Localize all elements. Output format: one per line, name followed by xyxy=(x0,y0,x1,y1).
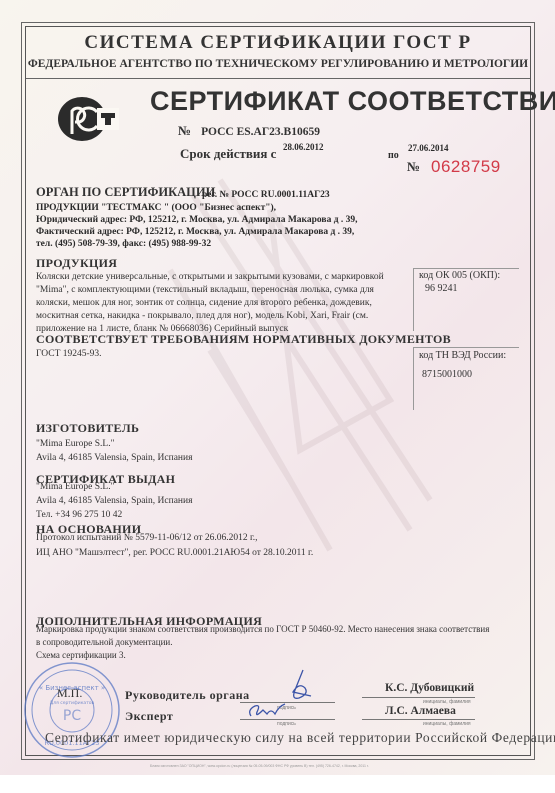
manufacturer-details: "Mima Europe S.L." Avila 4, 46185 Valens… xyxy=(36,437,192,465)
manufacturer-line: Avila 4, 46185 Valensia, Spain, Испания xyxy=(36,451,192,465)
product-line: москитная сетка, накидка - покрывало, пл… xyxy=(36,310,384,323)
conformity-heading: СООТВЕТСТВУЕТ ТРЕБОВАНИЯМ НОРМАТИВНЫХ ДО… xyxy=(36,332,451,347)
rst-logo-icon xyxy=(57,96,119,142)
organ-line: ПРОДУКЦИИ "ТЕСТМАКС " (ООО "Бизнес аспек… xyxy=(36,202,376,214)
blank-serial-number: 0628759 xyxy=(431,157,501,177)
validity-label: Срок действия с xyxy=(180,146,276,162)
organ-line: Юридический адрес: РФ, 125212, г. Москва… xyxy=(36,214,376,226)
valid-to-label: по xyxy=(388,150,399,161)
manufacturer-line: "Mima Europe S.L." xyxy=(36,437,192,451)
certificate-title: СЕРТИФИКАТ СООТВЕТСТВИЯ xyxy=(150,86,555,117)
manufacturer-heading: ИЗГОТОВИТЕЛЬ xyxy=(36,421,139,436)
basis-details: Протокол испытаний № 5579-11-06/12 от 26… xyxy=(36,531,313,561)
head-name: К.С. Дубовицкий xyxy=(385,682,474,694)
additional-details: Маркировка продукции знаком соответствия… xyxy=(36,623,489,662)
legal-statement: Сертификат имеет юридическую силу на все… xyxy=(45,730,555,746)
tnved-label: код ТН ВЭД России: xyxy=(419,350,506,361)
product-line: коляски, мешок для ног, зонтик от солнца… xyxy=(36,297,384,310)
svg-text:РС: РС xyxy=(63,708,81,724)
basis-line: Протокол испытаний № 5579-11-06/12 от 26… xyxy=(36,531,313,546)
system-title: СИСТЕМА СЕРТИФИКАЦИИ ГОСТ Р xyxy=(26,32,530,54)
product-line: "Mima", с комплектующими (текстильный вк… xyxy=(36,284,384,297)
valid-from-date: 28.06.2012 xyxy=(283,142,324,152)
organ-line: тел. (495) 508-79-39, факс: (495) 988-99… xyxy=(36,238,376,250)
organ-heading: ОРГАН ПО СЕРТИФИКАЦИИ xyxy=(36,185,215,200)
issued-to-line: Avila 4, 46185 Valensia, Spain, Испания xyxy=(36,494,192,508)
stamp-place-mark: М.П. xyxy=(57,686,82,701)
printer-imprint: Бланк изготовлен ЗАО "ОПЦИОН", www.opcio… xyxy=(150,764,369,768)
valid-to-date: 27.06.2014 xyxy=(408,143,449,153)
tnved-value: 8715001000 xyxy=(422,369,472,380)
head-name-line xyxy=(362,697,475,698)
certificate-number: №РОСС ES.АГ23.В10659 xyxy=(178,123,320,139)
certificate-number-value: РОСС ES.АГ23.В10659 xyxy=(201,126,320,138)
standard-reference: ГОСТ 19245-93. xyxy=(36,348,102,361)
expert-name-caption: инициалы, фамилия xyxy=(423,721,471,727)
head-signature-icon xyxy=(285,668,315,704)
additional-line: в сопроводительной документации. xyxy=(36,636,489,649)
issued-to-details: "Mima Europe S.L." Avila 4, 46185 Valens… xyxy=(36,480,192,522)
expert-name: Л.С. Алмаева xyxy=(385,705,456,717)
organ-registration: рег. № РОСС RU.0001.11АГ23 xyxy=(202,190,330,200)
product-heading: ПРОДУКЦИЯ xyxy=(36,256,117,271)
expert-signature-icon xyxy=(245,700,295,720)
head-label: Руководитель органа xyxy=(125,688,250,703)
issued-to-line: Тел. +34 96 275 10 42 xyxy=(36,508,192,522)
product-line: Коляски детские универсальные, с открыты… xyxy=(36,271,384,284)
expert-name-line xyxy=(362,719,475,720)
scan-margin xyxy=(0,775,555,793)
number-symbol: № xyxy=(178,123,191,138)
okp-value: 96 9241 xyxy=(425,283,458,294)
agency-name: ФЕДЕРАЛЬНОЕ АГЕНТСТВО ПО ТЕХНИЧЕСКОМУ РЕ… xyxy=(26,58,530,70)
organ-line: Фактический адрес: РФ, 125212, г. Москва… xyxy=(36,226,376,238)
header-divider xyxy=(26,78,530,79)
issued-to-line: "Mima Europe S.L." xyxy=(36,480,192,494)
expert-label: Эксперт xyxy=(125,709,173,724)
expert-signature-caption: подпись xyxy=(277,721,296,727)
product-description: Коляски детские универсальные, с открыты… xyxy=(36,271,384,336)
okp-label: код ОК 005 (ОКП): xyxy=(419,270,500,281)
additional-line: Маркировка продукции знаком соответствия… xyxy=(36,623,489,636)
basis-line: ИЦ АНО "Машэлтест", рег. РОСС RU.0001.21… xyxy=(36,546,313,561)
organ-details: ПРОДУКЦИИ "ТЕСТМАКС " (ООО "Бизнес аспек… xyxy=(36,202,376,250)
blank-number-symbol: № xyxy=(407,159,420,175)
